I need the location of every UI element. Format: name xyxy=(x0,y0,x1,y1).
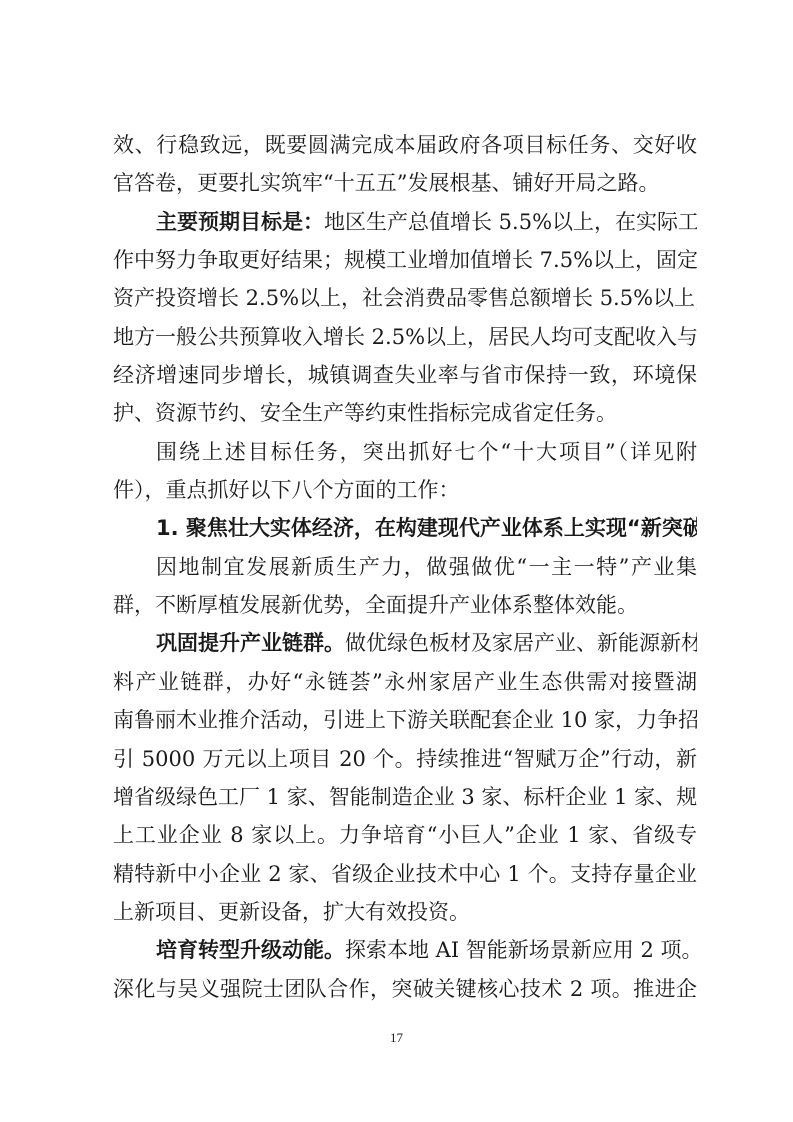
line-text: 作中努力争取更好结果；规模工业增加值增长 7.5%以上，固定 xyxy=(113,248,697,272)
bold-lead: 培育转型升级动能。 xyxy=(156,938,345,962)
text-line-16: 南鲁丽木业推介活动，引进上下游关联配套企业 10 家，力争招 xyxy=(113,701,697,739)
bold-lead: 主要预期目标是： xyxy=(156,210,324,234)
heading-text: 1. 聚焦壮大实体经济，在构建现代产业体系上实现“新突破” xyxy=(156,516,697,540)
text-line-22: 培育转型升级动能。探索本地 AI 智能新场景新应用 2 项。 xyxy=(113,931,697,969)
line-text: 上新项目、更新设备，扩大有效投资。 xyxy=(113,900,470,924)
line-text: 上工业企业 8 家以上。力争培育“小巨人”企业 1 家、省级专 xyxy=(113,823,697,847)
line-text: 经济增速同步增长，城镇调查失业率与省市保持一致，环境保 xyxy=(113,363,697,387)
document-body: 效、行稳致远，既要圆满完成本届政府各项目标任务、交好收 官答卷，更要扎实筑牢“十… xyxy=(113,126,697,1008)
text-line-14: 巩固提升产业链群。做优绿色板材及家居产业、新能源新材 xyxy=(113,624,697,662)
text-line-18: 增省级绿色工厂 1 家、智能制造企业 3 家、标杆企业 1 家、规 xyxy=(113,778,697,816)
text-line-2: 官答卷，更要扎实筑牢“十五五”发展根基、铺好开局之路。 xyxy=(113,164,697,202)
line-text: 料产业链群，办好“永链荟”永州家居产业生态供需对接暨湖 xyxy=(113,670,697,694)
line-text: 南鲁丽木业推介活动，引进上下游关联配套企业 10 家，力争招 xyxy=(113,708,697,732)
text-line-10: 件），重点抓好以下八个方面的工作： xyxy=(113,471,697,509)
line-text: 群，不断厚植发展新优势，全面提升产业体系整体效能。 xyxy=(113,593,638,617)
line-text: 引 5000 万元以上项目 20 个。持续推进“智赋万企”行动，新 xyxy=(113,747,697,771)
line-text: 因地制宜发展新质生产力，做强做优“一主一特”产业集 xyxy=(156,555,697,579)
line-text: 护、资源节约、安全生产等约束性指标完成省定任务。 xyxy=(113,401,617,425)
text-line-17: 引 5000 万元以上项目 20 个。持续推进“智赋万企”行动，新 xyxy=(113,740,697,778)
line-text: 探索本地 AI 智能新场景新应用 2 项。 xyxy=(345,938,697,962)
text-line-4: 作中努力争取更好结果；规模工业增加值增长 7.5%以上，固定 xyxy=(113,241,697,279)
text-line-20: 精特新中小企业 2 家、省级企业技术中心 1 个。支持存量企业 xyxy=(113,855,697,893)
section-heading: 1. 聚焦壮大实体经济，在构建现代产业体系上实现“新突破” xyxy=(113,509,697,547)
line-text: 资产投资增长 2.5%以上，社会消费品零售总额增长 5.5%以上， xyxy=(113,286,697,310)
line-text: 做优绿色板材及家居产业、新能源新材 xyxy=(345,631,697,655)
line-text: 增省级绿色工厂 1 家、智能制造企业 3 家、标杆企业 1 家、规 xyxy=(113,785,697,809)
line-text: 效、行稳致远，既要圆满完成本届政府各项目标任务、交好收 xyxy=(113,133,697,157)
text-line-13: 群，不断厚植发展新优势，全面提升产业体系整体效能。 xyxy=(113,586,697,624)
text-line-23: 深化与吴义强院士团队合作，突破关键核心技术 2 项。推进企 xyxy=(113,970,697,1008)
text-line-7: 经济增速同步增长，城镇调查失业率与省市保持一致，环境保 xyxy=(113,356,697,394)
text-line-5: 资产投资增长 2.5%以上，社会消费品零售总额增长 5.5%以上， xyxy=(113,279,697,317)
text-line-9: 围绕上述目标任务，突出抓好七个“十大项目”（详见附 xyxy=(113,433,697,471)
line-text: 围绕上述目标任务，突出抓好七个“十大项目”（详见附 xyxy=(156,440,697,464)
text-line-8: 护、资源节约、安全生产等约束性指标完成省定任务。 xyxy=(113,394,697,432)
line-text: 深化与吴义强院士团队合作，突破关键核心技术 2 项。推进企 xyxy=(113,977,697,1001)
text-line-19: 上工业企业 8 家以上。力争培育“小巨人”企业 1 家、省级专 xyxy=(113,816,697,854)
line-text: 地区生产总值增长 5.5%以上，在实际工 xyxy=(324,210,697,234)
text-line-1: 效、行稳致远，既要圆满完成本届政府各项目标任务、交好收 xyxy=(113,126,697,164)
text-line-12: 因地制宜发展新质生产力，做强做优“一主一特”产业集 xyxy=(113,548,697,586)
bold-lead: 巩固提升产业链群。 xyxy=(156,631,345,655)
text-line-6: 地方一般公共预算收入增长 2.5%以上，居民人均可支配收入与 xyxy=(113,318,697,356)
line-text: 件），重点抓好以下八个方面的工作： xyxy=(113,478,460,502)
line-text: 官答卷，更要扎实筑牢“十五五”发展根基、铺好开局之路。 xyxy=(113,171,659,195)
text-line-15: 料产业链群，办好“永链荟”永州家居产业生态供需对接暨湖 xyxy=(113,663,697,701)
line-text: 地方一般公共预算收入增长 2.5%以上，居民人均可支配收入与 xyxy=(113,325,697,349)
line-text: 精特新中小企业 2 家、省级企业技术中心 1 个。支持存量企业 xyxy=(113,862,697,886)
text-line-3: 主要预期目标是：地区生产总值增长 5.5%以上，在实际工 xyxy=(113,203,697,241)
text-line-21: 上新项目、更新设备，扩大有效投资。 xyxy=(113,893,697,931)
page-number: 17 xyxy=(0,1030,793,1046)
